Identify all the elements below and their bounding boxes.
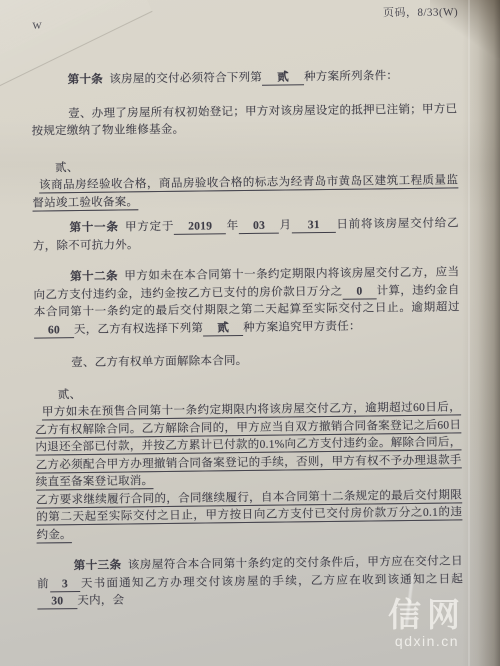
article-12-rate-blank: 0: [342, 284, 376, 299]
article-12-number: 第十二条: [70, 271, 118, 284]
article-13-number: 第十三条: [74, 560, 122, 573]
article-11-day-blank: 31: [292, 218, 336, 234]
article-12-option-2-continuation: 乙方要求继续履行合同的，合同继续履行，自本合同第十二条规定的最后交付期限的第二天…: [36, 487, 463, 545]
article-11-year-blank: 2019: [174, 219, 226, 235]
article-10-option-2-body: 该商品房经验收合格，商品房验收合格的标志为经青岛市黄岛区建筑工程质量监督站竣工验…: [32, 172, 458, 212]
article-12-s3: 天，乙方有权选择下列第: [74, 322, 203, 336]
article-11-month-blank: 03: [239, 219, 279, 234]
article-12-s4: 种方案追究甲方责任：: [243, 320, 361, 333]
article-13-handover-days-blank: 30: [37, 594, 77, 609]
article-10-post: 种方案所列条件：: [304, 70, 398, 83]
photographed-contract-page: w 页码，8/33(W) 第十条该房屋的交付必须符合下列第贰种方案所列条件： 壹…: [0, 0, 500, 666]
article-10-blank-option: 贰: [262, 70, 304, 86]
article-12-option-1: 壹、乙方有权单方面解除本合同。: [34, 350, 460, 373]
article-11-month-unit: 月: [279, 219, 292, 231]
contract-text-area: w 页码，8/33(W) 第十条该房屋的交付必须符合下列第贰种方案所列条件： 壹…: [30, 0, 464, 666]
article-11-year-unit: 年: [226, 220, 239, 232]
watermark-url: qdxin.cn: [388, 632, 466, 650]
article-12-days-blank: 60: [34, 323, 74, 338]
site-watermark: 信网 qdxin.cn: [388, 598, 466, 650]
article-12-option-2-body: 甲方如未在预售合同第十一条约定期限内将该房屋交付乙方，逾期超过60日后，乙方有权…: [35, 399, 462, 492]
article-13-s2: 天书面通知乙方办理交付该房屋的手续，乙方应在收到该通知之日起: [80, 573, 463, 590]
paper-edge-shadow: [462, 0, 500, 666]
article-10-heading: 第十条该房屋的交付必须符合下列第贰种方案所列条件：: [31, 67, 457, 90]
article-11-paragraph: 第十一条甲方定于2019年03月31日前将该房屋交付给乙方，除不可抗力外。: [33, 215, 459, 255]
article-12-option-blank: 贰: [203, 321, 243, 336]
article-11-number: 第十一条: [69, 222, 118, 235]
article-12-paragraph: 第十二条甲方如未在本合同第十一条约定期限内将该房屋交付乙方，应当向乙方支付违约金…: [33, 264, 460, 339]
article-11-pre: 甲方定于: [125, 221, 174, 234]
article-13-notice-days-blank: 3: [50, 577, 80, 592]
article-13-s3: 天内，会: [77, 594, 124, 607]
article-10-option-1: 壹、办理了房屋所有权初始登记；甲方对该房屋设定的抵押已注销；甲方已按规定缴纳了物…: [31, 101, 457, 141]
watermark-logo-xinwang: 信网: [388, 598, 466, 632]
article-10-pre: 该房屋的交付必须符合下列第: [109, 72, 262, 86]
article-10-number: 第十条: [68, 74, 103, 86]
handwritten-w-mark: w: [32, 16, 42, 32]
